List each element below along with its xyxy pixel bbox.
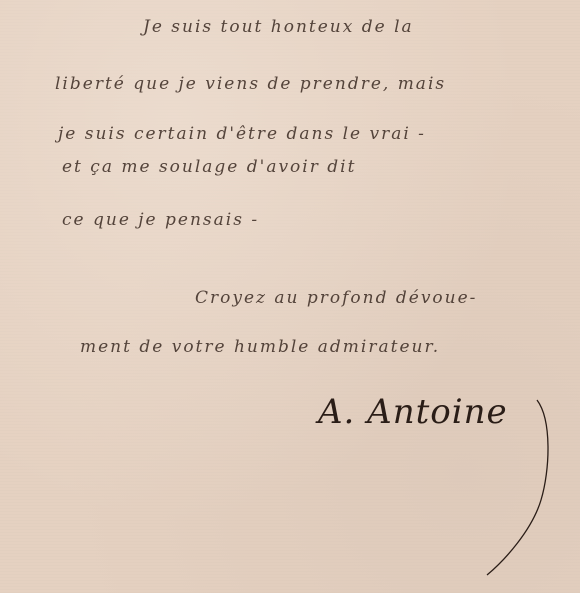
letter-page: Je suis tout honteux de la liberté que j… xyxy=(0,0,580,593)
signature-flourish xyxy=(0,0,580,593)
